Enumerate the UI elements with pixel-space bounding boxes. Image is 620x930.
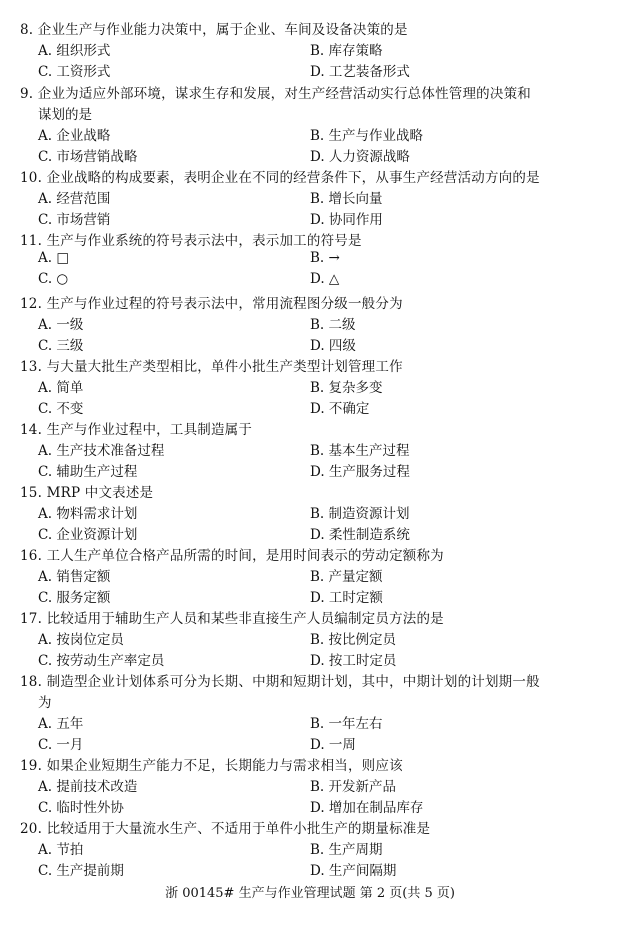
question-number: 8. xyxy=(20,22,33,38)
question-text: 比较适用于辅助生产人员和某些非直接生产人员编制定员方法的是 xyxy=(47,611,444,627)
question-11: 11. 生产与作业系统的符号表示法中，表示加工的符号是 xyxy=(20,229,362,249)
question-text: 制造型企业计划体系可分为长期、中期和短期计划，其中，中期计划的计划期一般 xyxy=(47,674,540,690)
option-b: B. 二级 xyxy=(310,313,356,333)
option-c: C. 按劳动生产率定员 xyxy=(38,649,164,669)
question-text: 生产与作业系统的符号表示法中，表示加工的符号是 xyxy=(47,233,362,249)
option-d: D. 协同作用 xyxy=(310,208,383,228)
option-d: D. 生产间隔期 xyxy=(310,859,396,879)
option-d: D. 按工时定员 xyxy=(310,649,396,669)
option-a: A. 经营范围 xyxy=(38,187,110,207)
question-10: 10. 企业战略的构成要素，表明企业在不同的经营条件下，从事生产经营活动方向的是 xyxy=(20,166,540,186)
option-a: A. 物料需求计划 xyxy=(38,502,137,522)
question-number: 18. xyxy=(20,674,42,690)
question-number: 16. xyxy=(20,548,42,564)
question-text: MRP 中文表述是 xyxy=(47,485,154,501)
option-d: D. 工时定额 xyxy=(310,586,383,606)
question-17: 17. 比较适用于辅助生产人员和某些非直接生产人员编制定员方法的是 xyxy=(20,607,444,627)
option-b: B. 增长向量 xyxy=(310,187,383,207)
question-number: 15. xyxy=(20,485,42,501)
question-15: 15. MRP 中文表述是 xyxy=(20,481,153,501)
question-text: 生产与作业过程中，工具制造属于 xyxy=(47,422,253,438)
question-text: 生产与作业过程的符号表示法中，常用流程图分级一般分为 xyxy=(47,296,403,312)
question-8: 8. 企业生产与作业能力决策中，属于企业、车间及设备决策的是 xyxy=(20,18,408,38)
option-a: A. 组织形式 xyxy=(38,39,110,59)
question-number: 14. xyxy=(20,422,42,438)
option-b: B. 库存策略 xyxy=(310,39,383,59)
question-text: 企业生产与作业能力决策中，属于企业、车间及设备决策的是 xyxy=(38,22,408,38)
option-a: A. 提前技术改造 xyxy=(38,775,137,795)
question-number: 12. xyxy=(20,296,42,312)
option-a: A. 销售定额 xyxy=(38,565,110,585)
option-b: B. 基本生产过程 xyxy=(310,439,410,459)
option-b: B. 生产周期 xyxy=(310,838,383,858)
option-a: A. 一级 xyxy=(38,313,83,333)
question-9: 9. 企业为适应外部环境，谋求生存和发展，对生产经营活动实行总体性管理的决策和 xyxy=(20,82,531,102)
option-d: D. 人力资源战略 xyxy=(310,145,410,165)
question-number: 9. xyxy=(20,86,33,102)
question-18: 18. 制造型企业计划体系可分为长期、中期和短期计划，其中，中期计划的计划期一般 xyxy=(20,670,540,690)
option-c: C. 一月 xyxy=(38,733,83,753)
option-c: C. 企业资源计划 xyxy=(38,523,137,543)
question-text: 企业为适应外部环境，谋求生存和发展，对生产经营活动实行总体性管理的决策和 xyxy=(38,86,531,102)
option-d: D. △ xyxy=(310,271,339,287)
option-c: C. 三级 xyxy=(38,334,83,354)
question-text: 与大量大批生产类型相比，单件小批生产类型计划管理工作 xyxy=(47,359,403,375)
question-20: 20. 比较适用于大量流水生产、不适用于单件小批生产的期量标准是 xyxy=(20,817,430,837)
option-b: B. 开发新产品 xyxy=(310,775,396,795)
question-16: 16. 工人生产单位合格产品所需的时间，是用时间表示的劳动定额称为 xyxy=(20,544,444,564)
option-b: B. 制造资源计划 xyxy=(310,502,410,522)
option-c: C. 临时性外协 xyxy=(38,796,124,816)
question-13: 13. 与大量大批生产类型相比，单件小批生产类型计划管理工作 xyxy=(20,355,403,375)
option-c: C. 市场营销战略 xyxy=(38,145,137,165)
option-c: C. 不变 xyxy=(38,397,83,417)
option-c: C. ○ xyxy=(38,271,68,287)
option-b: B. 生产与作业战略 xyxy=(310,124,423,144)
option-a: A. 简单 xyxy=(38,376,83,396)
option-d: D. 生产服务过程 xyxy=(310,460,410,480)
option-a: A. 按岗位定员 xyxy=(38,628,124,648)
option-c: C. 生产提前期 xyxy=(38,859,124,879)
question-14: 14. 生产与作业过程中，工具制造属于 xyxy=(20,418,252,438)
page-footer: 浙 00145# 生产与作业管理试题 第 2 页(共 5 页) xyxy=(0,882,620,901)
option-a: A. 节拍 xyxy=(38,838,83,858)
option-b: B. 一年左右 xyxy=(310,712,383,732)
question-number: 17. xyxy=(20,611,42,627)
option-a: A. □ xyxy=(38,250,69,266)
question-text: 比较适用于大量流水生产、不适用于单件小批生产的期量标准是 xyxy=(47,821,431,837)
option-c: C. 服务定额 xyxy=(38,586,110,606)
question-number: 10. xyxy=(20,170,42,186)
question-text: 如果企业短期生产能力不足，长期能力与需求相当，则应该 xyxy=(47,758,403,774)
option-d: D. 一周 xyxy=(310,733,356,753)
option-b: B. → xyxy=(310,250,340,266)
option-a: A. 五年 xyxy=(38,712,83,732)
question-text-continued: 谋划的是 xyxy=(38,103,92,123)
option-b: B. 复杂多变 xyxy=(310,376,383,396)
question-19: 19. 如果企业短期生产能力不足，长期能力与需求相当，则应该 xyxy=(20,754,403,774)
option-c: C. 工资形式 xyxy=(38,60,110,80)
option-d: D. 柔性制造系统 xyxy=(310,523,410,543)
question-text: 企业战略的构成要素，表明企业在不同的经营条件下，从事生产经营活动方向的是 xyxy=(47,170,540,186)
question-number: 19. xyxy=(20,758,42,774)
option-a: A. 生产技术准备过程 xyxy=(38,439,164,459)
option-b: B. 按比例定员 xyxy=(310,628,396,648)
question-number: 20. xyxy=(20,821,42,837)
option-d: D. 增加在制品库存 xyxy=(310,796,423,816)
option-c: C. 辅助生产过程 xyxy=(38,460,137,480)
option-a: A. 企业战略 xyxy=(38,124,110,144)
question-12: 12. 生产与作业过程的符号表示法中，常用流程图分级一般分为 xyxy=(20,292,403,312)
option-d: D. 四级 xyxy=(310,334,356,354)
question-number: 13. xyxy=(20,359,42,375)
question-number: 11. xyxy=(20,233,42,249)
option-d: D. 工艺装备形式 xyxy=(310,60,410,80)
exam-page: 8. 企业生产与作业能力决策中，属于企业、车间及设备决策的是 A. 组织形式 B… xyxy=(0,0,620,930)
question-text: 工人生产单位合格产品所需的时间，是用时间表示的劳动定额称为 xyxy=(47,548,444,564)
option-d: D. 不确定 xyxy=(310,397,369,417)
question-text-continued: 为 xyxy=(38,691,52,711)
option-c: C. 市场营销 xyxy=(38,208,110,228)
option-b: B. 产量定额 xyxy=(310,565,383,585)
